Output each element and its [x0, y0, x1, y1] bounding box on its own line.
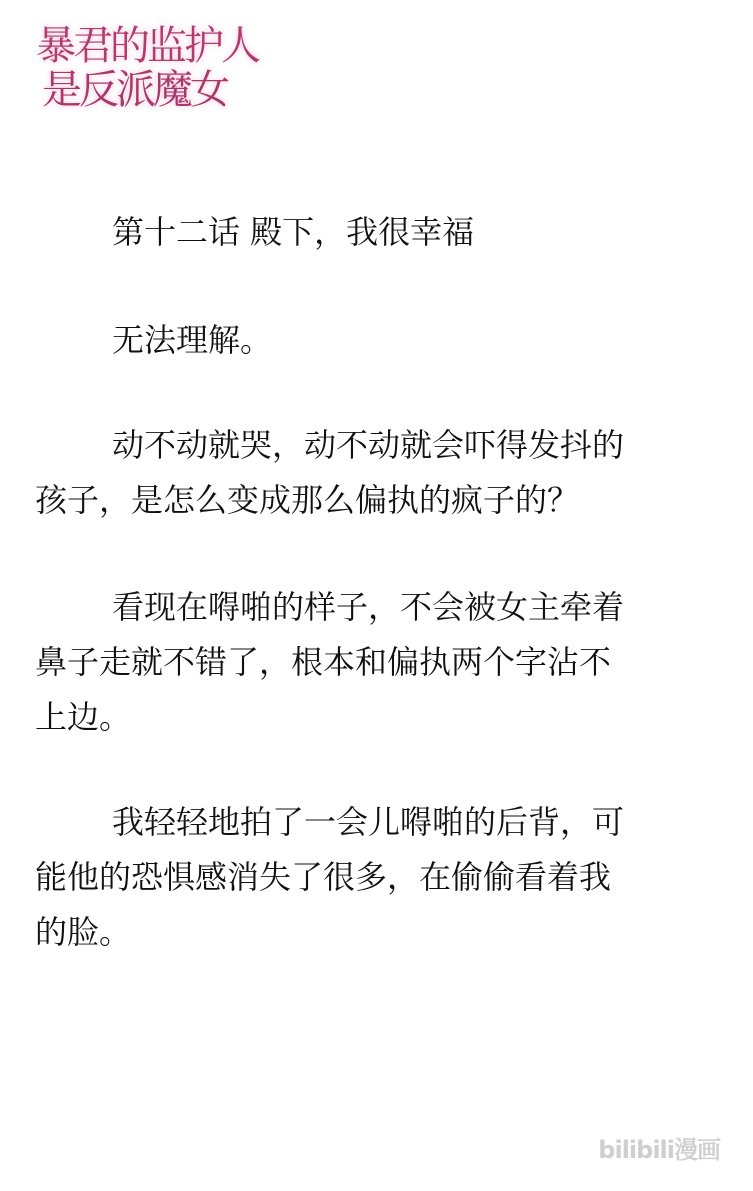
logo-line-2: 是反派魔女: [36, 68, 266, 112]
paragraph-4: 我轻轻地拍了一会儿嘚啪的后背，可 能他的恐惧感消失了很多，在偷偷看着我 的脸。: [112, 795, 732, 960]
paragraph-line: 鼻子走就不错了，根本和偏执两个字沾不: [35, 635, 732, 690]
paragraph-line: 看现在嘚啪的样子，不会被女主牵着: [112, 580, 732, 635]
paragraph-3: 看现在嘚啪的样子，不会被女主牵着 鼻子走就不错了，根本和偏执两个字沾不 上边。: [112, 580, 732, 745]
paragraph-line: 能他的恐惧感消失了很多，在偷偷看着我: [35, 850, 732, 905]
chapter-text: 第十二话 殿下，我很幸福 无法理解。 动不动就哭，动不动就会吓得发抖的 孩子，是…: [112, 205, 732, 960]
comic-title-logo: 暴君的监护人 是反派魔女: [36, 24, 266, 112]
paragraph-line: 的脸。: [35, 905, 732, 960]
paragraph-line: 动不动就哭，动不动就会吓得发抖的: [112, 418, 732, 473]
paragraph-line: 上边。: [35, 690, 732, 745]
logo-line-1: 暴君的监护人: [36, 24, 266, 68]
chapter-title: 第十二话 殿下，我很幸福: [112, 205, 732, 260]
paragraph-1: 无法理解。: [112, 313, 732, 368]
paragraph-line: 我轻轻地拍了一会儿嘚啪的后背，可: [112, 795, 732, 850]
bilibili-watermark: bilibili漫画: [598, 1130, 720, 1165]
paragraph-2: 动不动就哭，动不动就会吓得发抖的 孩子，是怎么变成那么偏执的疯子的？: [112, 418, 732, 528]
paragraph-line: 无法理解。: [112, 313, 732, 368]
paragraph-line: 孩子，是怎么变成那么偏执的疯子的？: [35, 473, 732, 528]
